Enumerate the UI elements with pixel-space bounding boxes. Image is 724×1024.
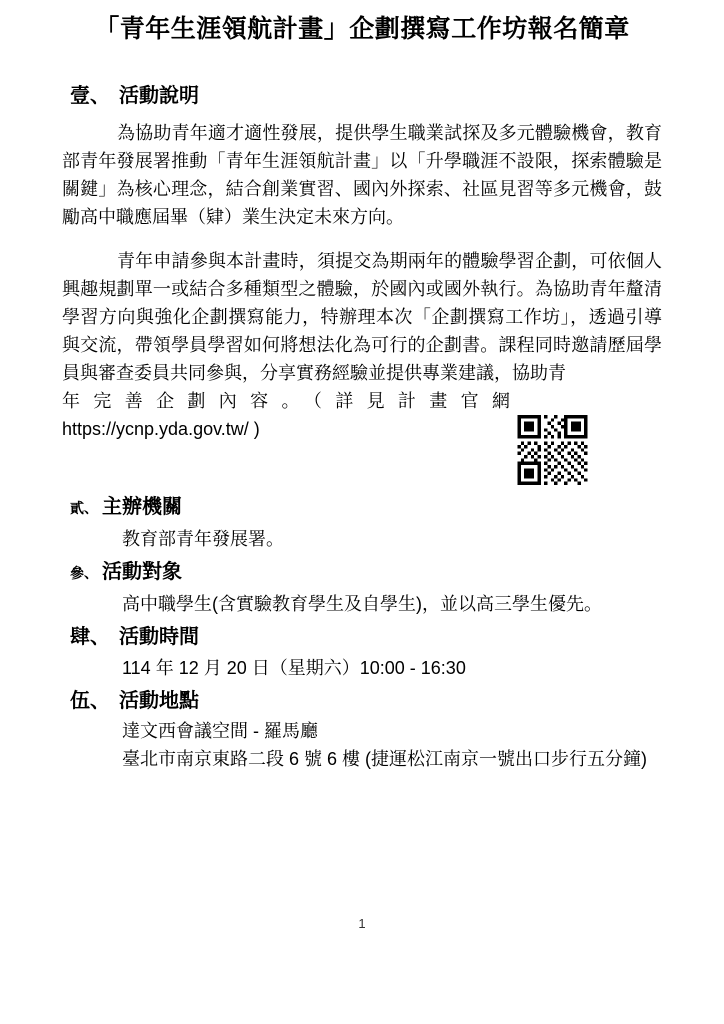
section-heading-activity-description: 壹、活動說明 (70, 84, 724, 108)
section-label: 活動地點 (119, 690, 199, 712)
section-number: 肆、 (70, 626, 110, 648)
qr-code (515, 415, 590, 485)
target-audience-text: 高中職學生(含實驗教育學生及自學生)，並以高三學生優先。 (122, 592, 662, 617)
section-number: 參、 (70, 565, 98, 581)
section-number: 貳、 (70, 500, 98, 516)
document-page: 「青年生涯領航計畫」企劃撰寫工作坊報名簡章 壹、活動說明 為協助青年適才適性發展… (0, 0, 724, 1024)
section-label: 活動說明 (119, 85, 199, 107)
section-heading-event-location: 伍、活動地點 (70, 689, 724, 713)
section-label: 主辦機關 (102, 496, 182, 518)
section-label: 活動對象 (102, 561, 182, 583)
section-heading-target-audience: 參、活動對象 (70, 560, 724, 585)
event-address-text: 臺北市南京東路二段 6 號 6 樓 (捷運松江南京一號出口步行五分鐘) (122, 747, 662, 772)
description-paragraph-2: 青年申請參與本計畫時，須提交為期兩年的體驗學習企劃，可依個人興趣規劃單一或結合多… (62, 247, 662, 387)
description-paragraph-1: 為協助青年適才適性發展，提供學生職業試探及多元體驗機會，教育部青年發展署推動「青… (62, 119, 662, 231)
section-number: 伍、 (70, 690, 110, 712)
organizer-text: 教育部青年發展署。 (122, 527, 662, 552)
event-venue-text: 達文西會議空間 - 羅馬廳 (122, 719, 662, 744)
document-title: 「青年生涯領航計畫」企劃撰寫工作坊報名簡章 (0, 12, 724, 46)
section-heading-event-time: 肆、活動時間 (70, 625, 724, 649)
page-number: 1 (0, 915, 724, 933)
event-time-text: 114 年 12 月 20 日（星期六）10:00 - 16:30 (122, 656, 662, 681)
section-number: 壹、 (70, 85, 110, 107)
section-label: 活動時間 (119, 626, 199, 648)
section-heading-organizer: 貳、主辦機關 (70, 495, 724, 520)
description-paragraph-2-continued: 年完善企劃內容。（詳見計畫官網 (62, 387, 510, 415)
website-url-text: https://ycnp.yda.gov.tw/ ) (62, 415, 724, 443)
